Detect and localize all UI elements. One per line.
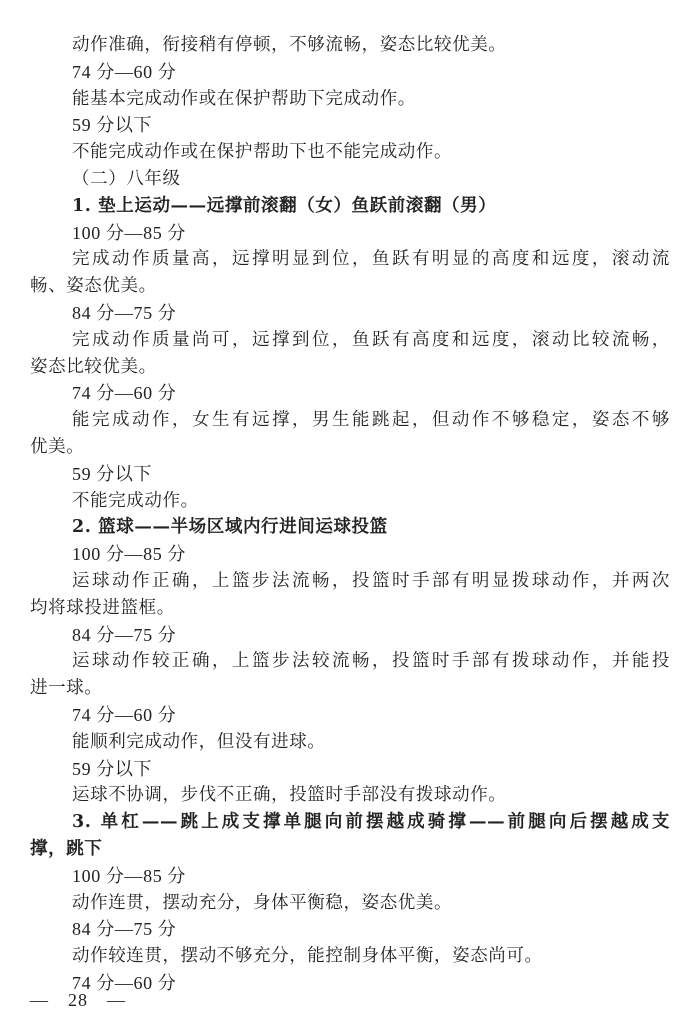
score-range: 74 分—60 分 [30,970,670,997]
score-range: 84 分—75 分 [30,300,670,327]
score-range: 59 分以下 [30,112,670,139]
item-heading: 1. 垫上运动——远撑前滚翻（女）鱼跃前滚翻（男） [30,193,670,220]
criteria-description: 运球动作较正确，上篮步法较流畅，投篮时手部有拨球动作，并能投 [30,648,670,675]
score-range: 74 分—60 分 [30,380,670,407]
item-heading: 撑，跳下 [30,836,670,863]
criteria-description: 运球不协调，步伐不正确，投篮时手部没有拨球动作。 [30,782,670,809]
criteria-description: 不能完成动作。 [30,488,670,515]
score-range: 100 分—85 分 [30,541,670,568]
score-range: 84 分—75 分 [30,916,670,943]
section-heading: （二）八年级 [30,166,670,193]
criteria-description: 运球动作正确，上篮步法流畅，投篮时手部有明显拨球动作，并两次 [30,568,670,595]
item-heading: 2. 篮球——半场区域内行进间运球投篮 [30,514,670,541]
criteria-description: 优美。 [30,434,670,461]
criteria-description: 动作连贯，摆动充分，身体平衡稳，姿态优美。 [30,890,670,917]
score-range: 100 分—85 分 [30,863,670,890]
criteria-description: 不能完成动作或在保护帮助下也不能完成动作。 [30,139,670,166]
criteria-description: 完成动作质量尚可，远撑到位，鱼跃有高度和远度，滚动比较流畅， [30,327,670,354]
score-range: 59 分以下 [30,756,670,783]
criteria-description: 均将球投进篮框。 [30,595,670,622]
score-range: 74 分—60 分 [30,702,670,729]
score-range: 74 分—60 分 [30,59,670,86]
criteria-description: 动作准确，衔接稍有停顿，不够流畅，姿态比较优美。 [30,32,670,59]
score-range: 100 分—85 分 [30,220,670,247]
score-range: 59 分以下 [30,461,670,488]
document-page: 动作准确，衔接稍有停顿，不够流畅，姿态比较优美。74 分—60 分能基本完成动作… [30,32,670,997]
page-number: — 28 — [30,986,126,1012]
criteria-description: 完成动作质量高，远撑明显到位，鱼跃有明显的高度和远度，滚动流 [30,246,670,273]
criteria-description: 畅、姿态优美。 [30,273,670,300]
criteria-description: 姿态比较优美。 [30,354,670,381]
criteria-description: 动作较连贯，摆动不够充分，能控制身体平衡，姿态尚可。 [30,943,670,970]
score-range: 84 分—75 分 [30,622,670,649]
criteria-description: 能基本完成动作或在保护帮助下完成动作。 [30,86,670,113]
criteria-description: 能完成动作，女生有远撑，男生能跳起，但动作不够稳定，姿态不够 [30,407,670,434]
criteria-description: 能顺利完成动作，但没有进球。 [30,729,670,756]
item-heading: 3. 单杠——跳上成支撑单腿向前摆越成骑撑——前腿向后摆越成支 [30,809,670,836]
criteria-description: 进一球。 [30,675,670,702]
